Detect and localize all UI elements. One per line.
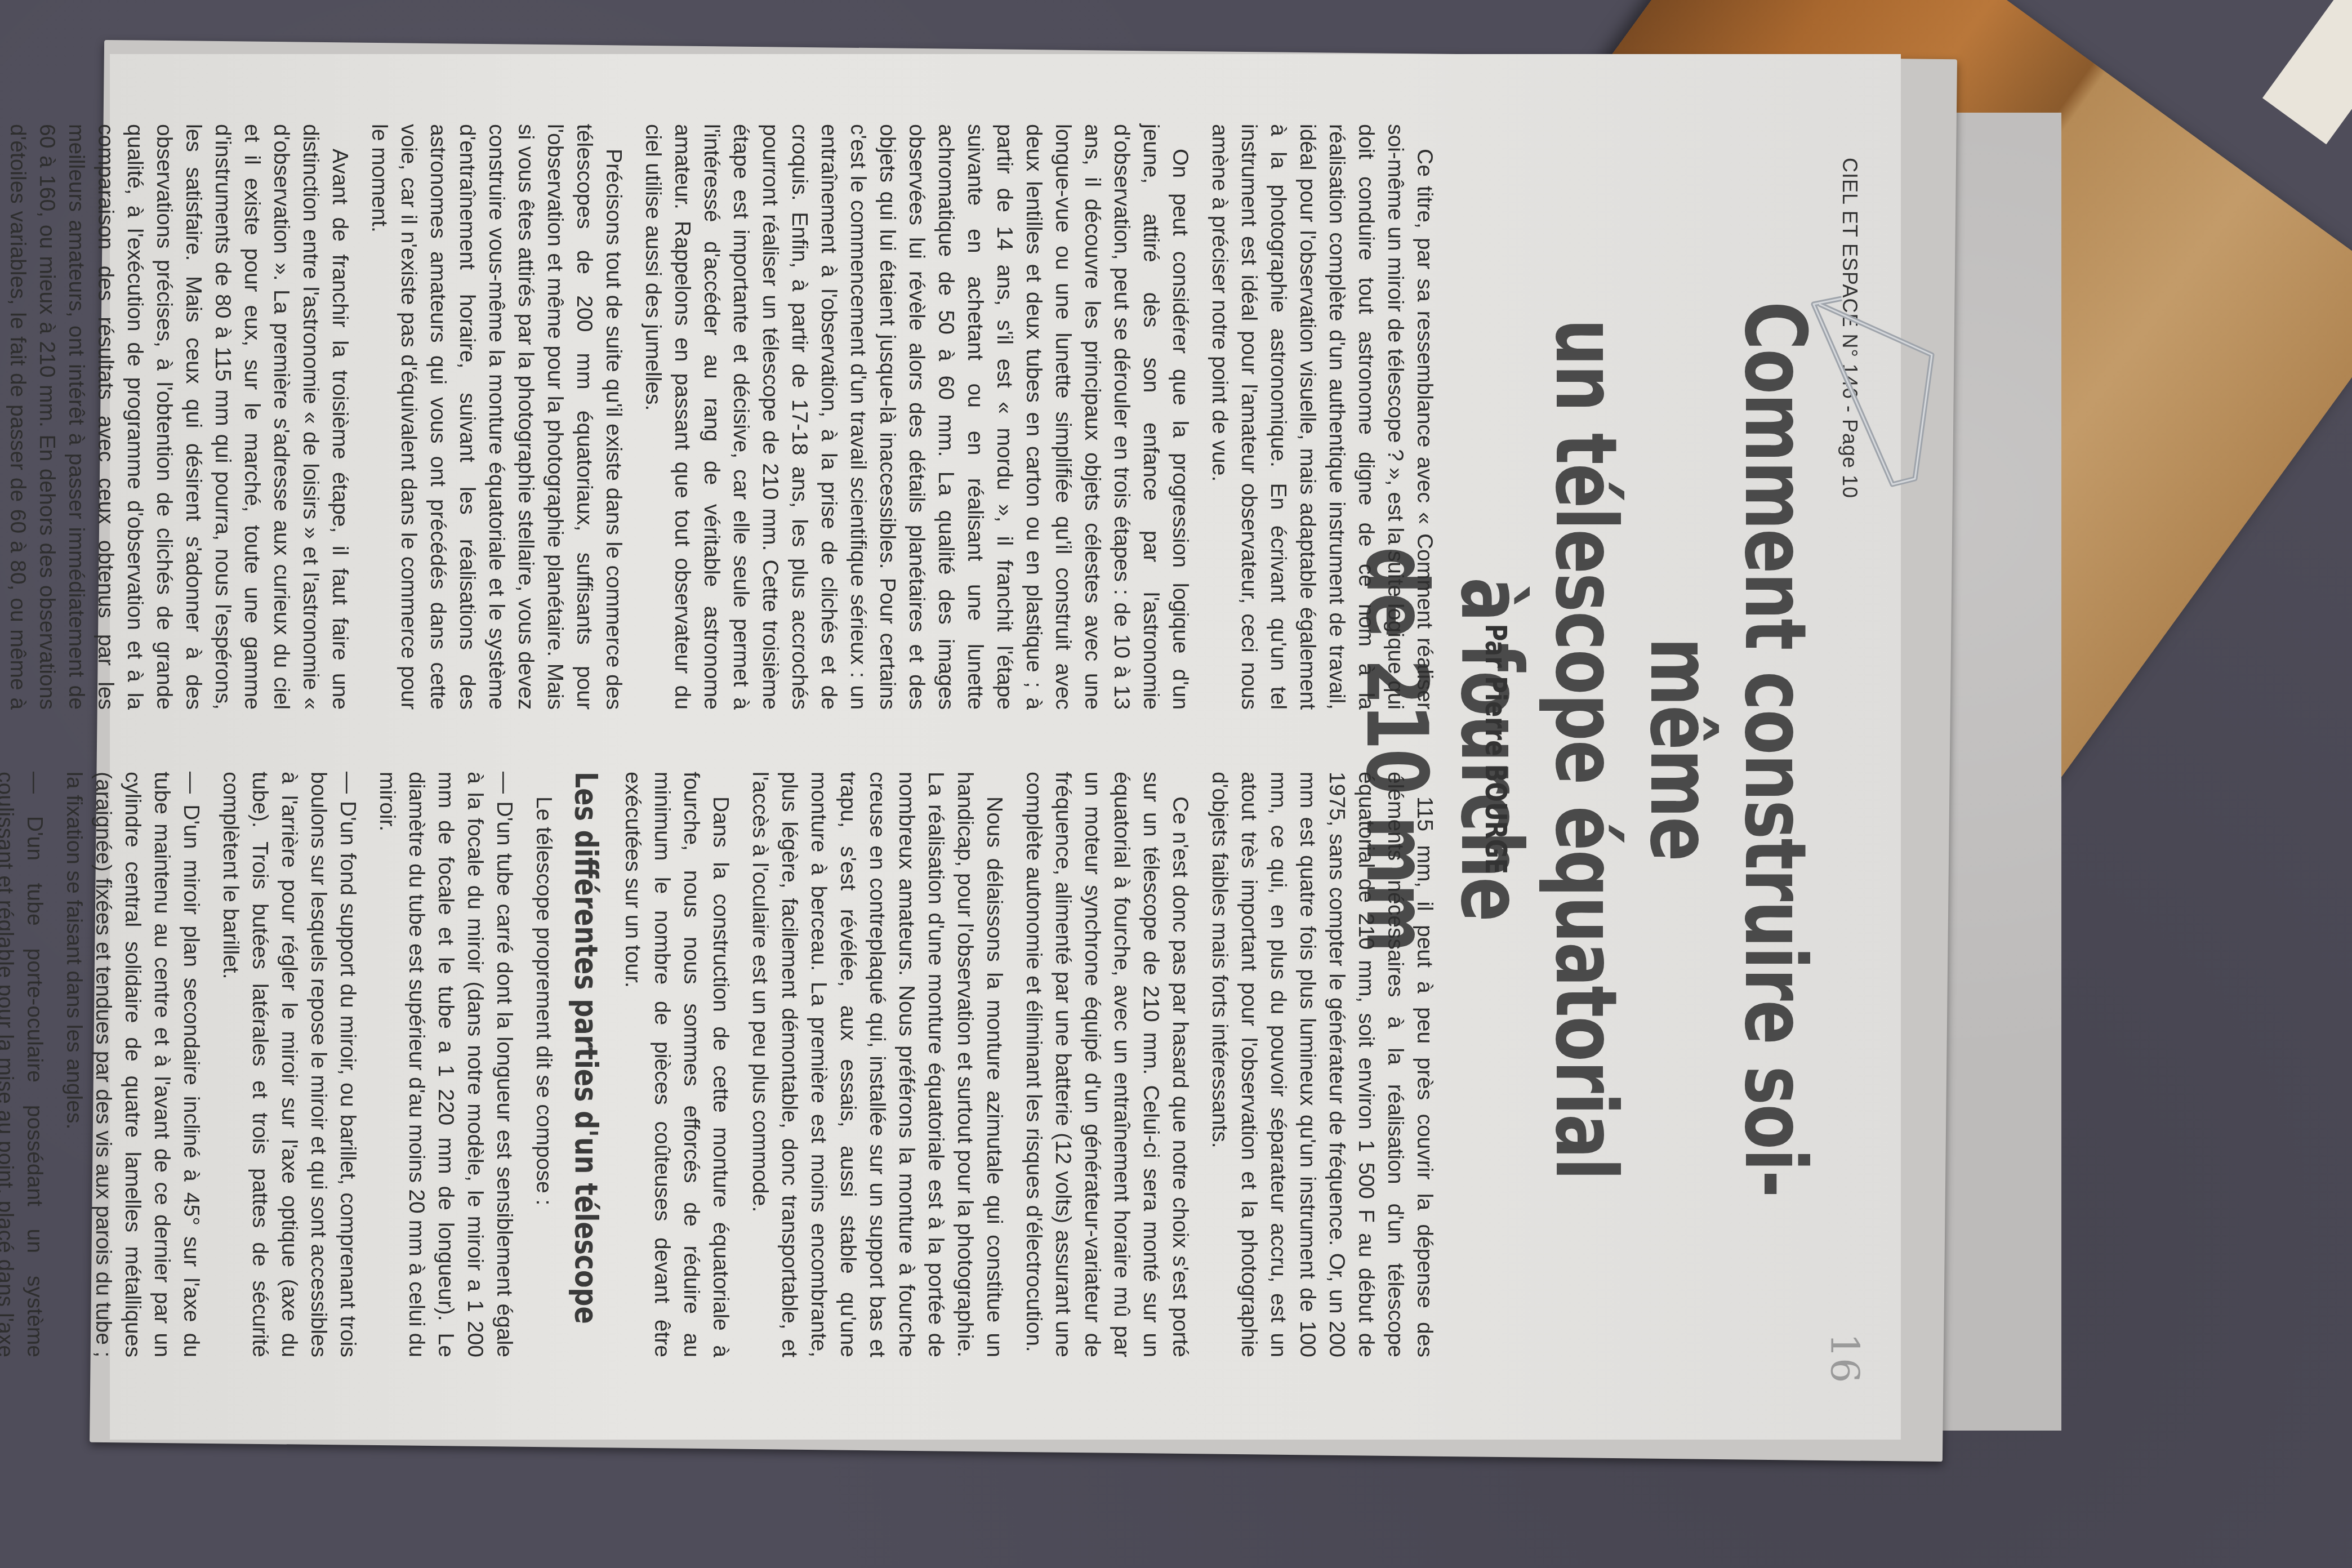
title-line: Comment construire soi-même <box>1633 288 1822 1210</box>
article: CIEL ET ESPACE N° 146 - Page 10 Comment … <box>110 62 1901 1436</box>
section-heading: Les différentes parties d'un télescope <box>566 772 605 1252</box>
paragraph: Ce titre, par sa ressemblance avec « Com… <box>1205 124 1439 710</box>
paragraph: Ce n'est donc pas par hasard que notre c… <box>1019 772 1195 1357</box>
column-1: Ce titre, par sa ressemblance avec « Com… <box>0 124 1439 710</box>
title-line: un télescope équatorial à fourche <box>1444 288 1633 1210</box>
list-item: — D'un miroir plan secondaire incliné à … <box>59 772 206 1357</box>
white-object <box>2262 0 2352 144</box>
byline: Par Pierre BOURGE <box>1478 276 1512 1222</box>
paragraph: On peut considérer que la progression lo… <box>638 124 1195 710</box>
paragraph: Dans la construction de cette monture éq… <box>618 772 735 1357</box>
paragraph: Précisons tout de suite qu'il existe dan… <box>364 124 628 710</box>
paragraph: Nous délaissons la monture azimutale qui… <box>745 772 1009 1357</box>
list-item: — D'un fond support du miroir, ou barill… <box>216 772 362 1357</box>
list-item: — D'un tube porte-oculaire possédant un … <box>0 772 49 1357</box>
paragraph: Avant de franchir la troisième étape, il… <box>0 124 354 710</box>
handwritten-page-number: 16 <box>1821 1333 1868 1383</box>
column-2: 115 mm, il peut à peu près couvrir la dé… <box>0 772 1439 1357</box>
list-item: — D'un tube carré dont la longueur est s… <box>372 772 519 1357</box>
section-intro: Le télescope proprement dit se compose : <box>529 772 558 1357</box>
paragraph: 115 mm, il peut à peu près couvrir la dé… <box>1205 772 1439 1357</box>
paper-clip-icon <box>1802 282 2039 518</box>
